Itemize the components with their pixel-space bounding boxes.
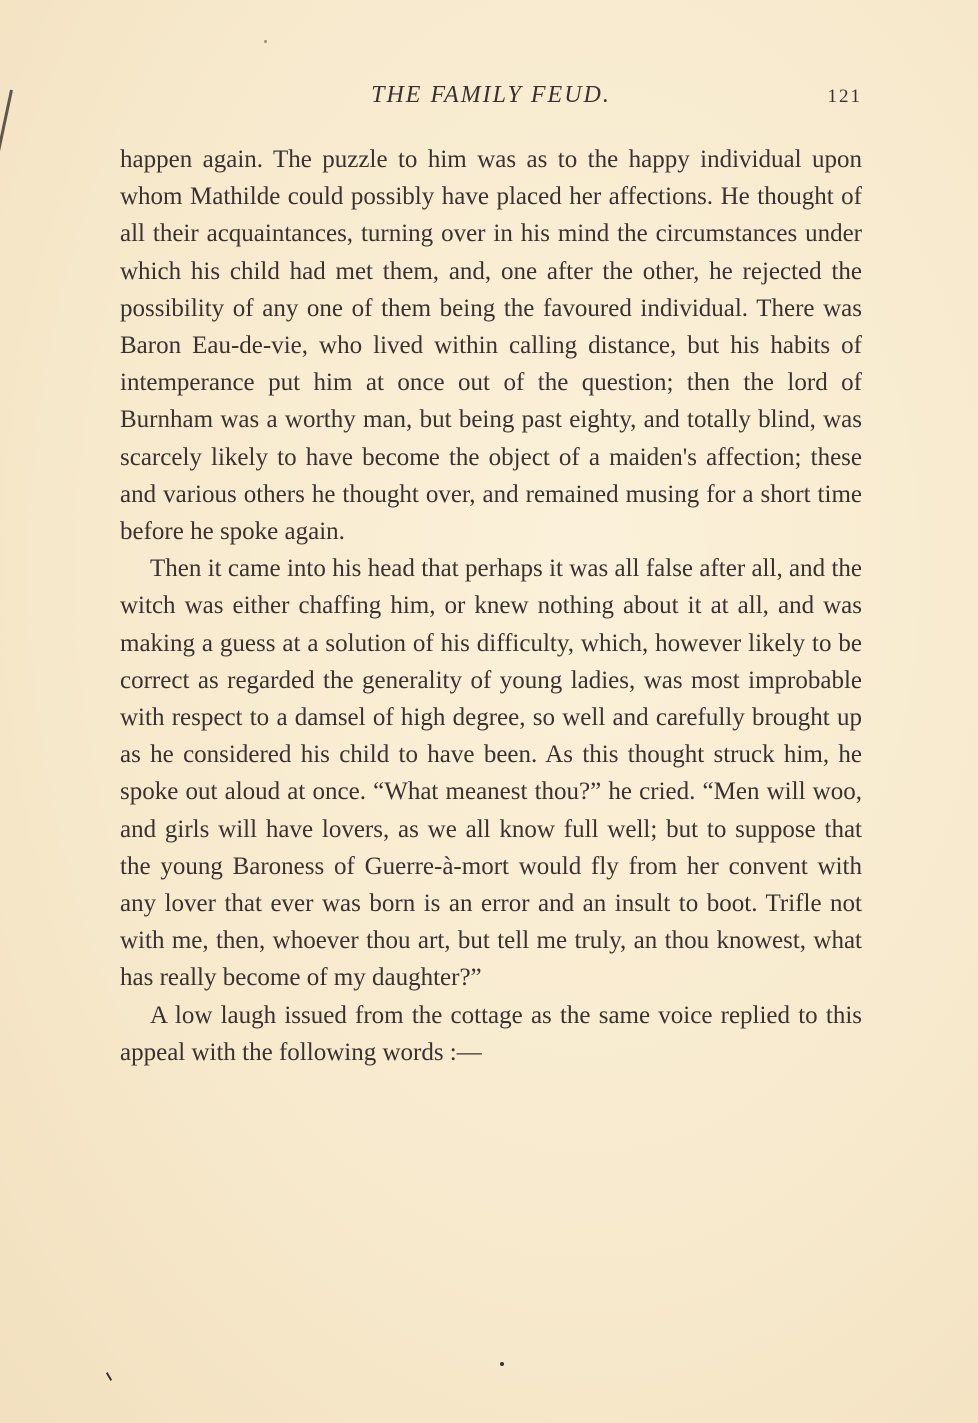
page-number: 121 <box>828 86 863 108</box>
margin-pencil-mark <box>0 90 13 208</box>
paragraph-1: happen again. The puzzle to him was as t… <box>120 141 862 550</box>
ink-speck <box>264 40 267 43</box>
page-header: THE FAMILY FEUD. 121 <box>120 78 862 118</box>
margin-tick-mark <box>106 1372 112 1381</box>
running-title: THE FAMILY FEUD. <box>120 82 862 109</box>
body-text: happen again. The puzzle to him was as t… <box>120 141 862 1071</box>
paragraph-2: Then it came into his head that perhaps … <box>120 550 862 996</box>
book-page: THE FAMILY FEUD. 121 happen again. The p… <box>0 0 978 1423</box>
ink-speck <box>500 1362 504 1366</box>
paragraph-3: A low laugh issued from the cottage as t… <box>120 997 862 1071</box>
